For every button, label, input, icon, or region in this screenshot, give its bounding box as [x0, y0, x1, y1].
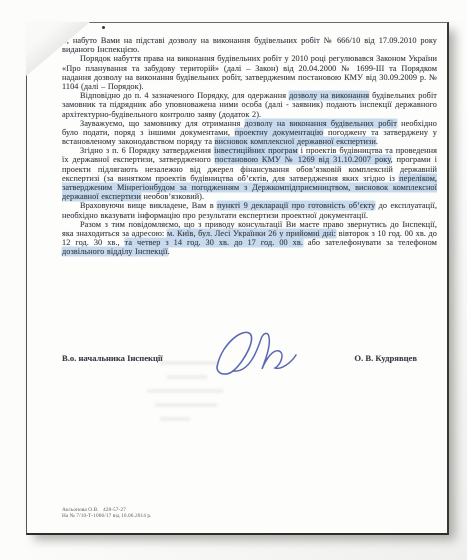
letter-body: Б, набуто Вами на підставі дозволу на ви…	[62, 36, 437, 257]
scanned-letter: Б, набуто Вами на підставі дозволу на ви…	[0, 0, 467, 560]
highlighted-text: та четвер з 14 год. 30 хв. до 17 год. 00…	[125, 238, 303, 247]
paragraph-3: Відповідно до п. 4 зазначеного Порядку, …	[62, 91, 437, 119]
text-segment: Порядок набуття права на виконання будів…	[62, 54, 437, 91]
signer-name: О. В. Кудрявцев	[354, 353, 417, 363]
signer-title: В.о. начальника Інспекції	[62, 353, 163, 363]
highlighted-text: дозвільного відділу Інспекції	[62, 247, 168, 256]
text-segment: або зателефонувати за телефоном	[303, 238, 437, 247]
paragraph-1: Б, набуто Вами на підставі дозволу на ви…	[62, 36, 437, 54]
text-segment: Зауважуємо, що замовнику для отримання	[80, 119, 245, 128]
text-segment: Б, набуто Вами на підставі дозволу на ви…	[62, 36, 437, 54]
paragraph-7: Разом з тим повідомляємо, що з приводу к…	[62, 220, 437, 257]
paragraph-5: Згідно з п. 6 Порядку затвердження інвес…	[62, 146, 437, 201]
paragraph-2: Порядок набуття права на виконання будів…	[62, 54, 437, 91]
text-segment: Враховуючи вище викладене, Вам в	[80, 201, 217, 210]
footer-reference: На № 7/10-Т-1006/17 від 10.06.2014 р.	[62, 513, 152, 519]
text-segment: Відповідно до п. 4 зазначеного Порядку, …	[80, 91, 289, 100]
paragraph-4: Зауважуємо, що замовнику для отримання д…	[62, 119, 437, 147]
text-segment: Згідно з п. 6 Порядку затвердження	[80, 146, 214, 155]
handwritten-signature	[203, 321, 313, 385]
footer-block: Аксьонова О.В. 428-57-27 На № 7/10-Т-100…	[62, 507, 152, 520]
highlighted-text: висновок комплексної державної експертиз…	[215, 137, 376, 146]
dust-speck	[102, 26, 105, 29]
text-segment: .	[376, 137, 378, 146]
text-segment: необов’язковий).	[141, 192, 204, 201]
highlighted-text: м. Київ, бул. Лесі Українки 26 у прийомн…	[167, 229, 336, 238]
highlighted-text: дозволу на виконання будівельних робіт	[245, 119, 397, 128]
highlighted-text: пункті 9 декларації про готовність об’єк…	[217, 201, 375, 210]
text-segment: .	[168, 247, 170, 256]
highlighted-text: проектну документацію	[235, 128, 324, 137]
paragraph-6: Враховуючи вище викладене, Вам в пункті …	[62, 201, 437, 219]
highlighted-text: постановою КМУ № 1269 від 31.10.2007 рок…	[215, 155, 391, 164]
letter-page: Б, набуто Вами на підставі дозволу на ви…	[26, 22, 449, 535]
highlighted-text: дозволу на виконання	[289, 91, 369, 100]
highlighted-text: інвестиційних програм	[214, 146, 298, 155]
